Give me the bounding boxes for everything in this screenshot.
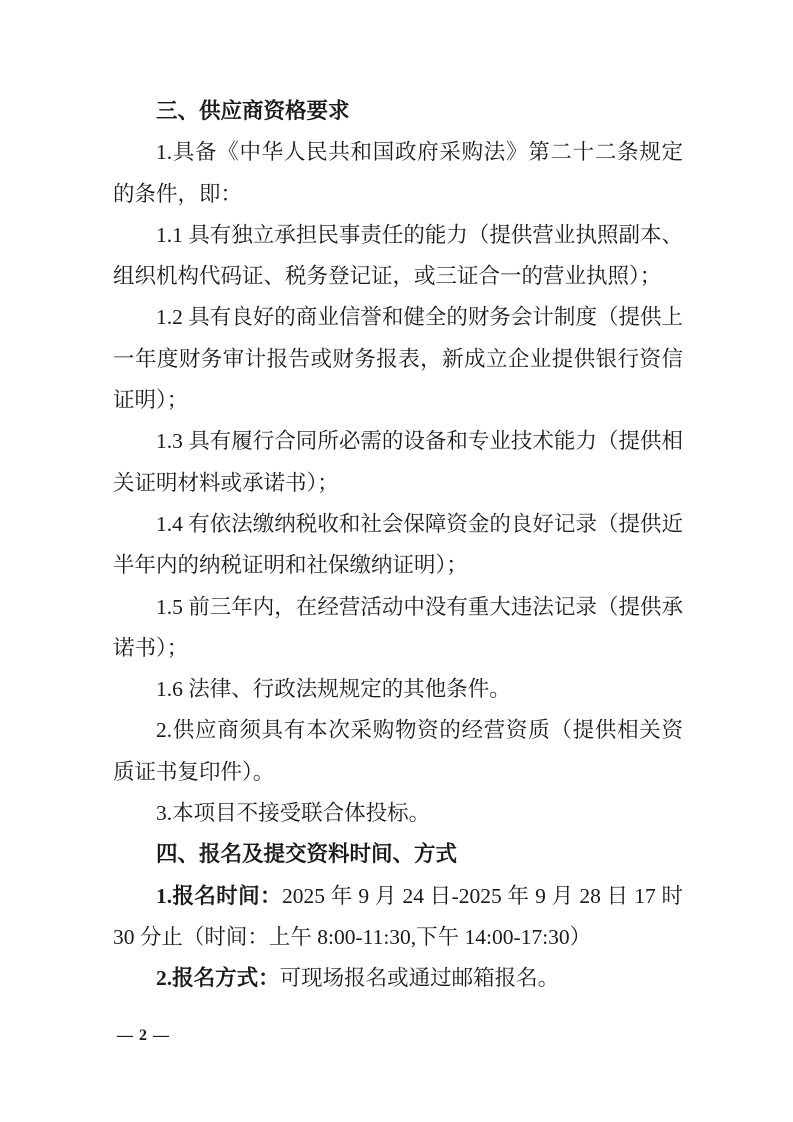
registration-time-label: 1.报名时间： bbox=[156, 884, 282, 908]
document-page: 三、供应商资格要求 1.具备《中华人民共和国政府采购法》第二十二条规定的条件，即… bbox=[0, 0, 793, 1122]
document-content: 三、供应商资格要求 1.具备《中华人民共和国政府采购法》第二十二条规定的条件，即… bbox=[113, 91, 683, 1000]
registration-time-item: 1.报名时间：2025 年 9 月 24 日-2025 年 9 月 28 日 1… bbox=[113, 876, 683, 959]
clause-1-6: 1.6 法律、行政法规规定的其他条件。 bbox=[113, 669, 683, 710]
clause-3: 3.本项目不接受联合体投标。 bbox=[113, 793, 683, 834]
section-heading-supplier-qualifications: 三、供应商资格要求 bbox=[113, 91, 683, 132]
registration-method-label: 2.报名方式： bbox=[156, 966, 280, 990]
footer-page-number: — 2 — bbox=[117, 1026, 170, 1046]
clause-1-3: 1.3 具有履行合同所必需的设备和专业技术能力（提供相关证明材料或承诺书）； bbox=[113, 421, 683, 504]
clause-1: 1.具备《中华人民共和国政府采购法》第二十二条规定的条件，即： bbox=[113, 132, 683, 215]
section-heading-registration: 四、报名及提交资料时间、方式 bbox=[113, 834, 683, 875]
clause-1-1: 1.1 具有独立承担民事责任的能力（提供营业执照副本、组织机构代码证、税务登记证… bbox=[113, 215, 683, 298]
clause-1-5: 1.5 前三年内，在经营活动中没有重大违法记录（提供承诺书）； bbox=[113, 587, 683, 670]
registration-method-value: 可现场报名或通过邮箱报名。 bbox=[280, 966, 560, 990]
clause-2: 2.供应商须具有本次采购物资的经营资质（提供相关资质证书复印件）。 bbox=[113, 710, 683, 793]
registration-method-item: 2.报名方式：可现场报名或通过邮箱报名。 bbox=[113, 958, 683, 999]
clause-1-2: 1.2 具有良好的商业信誉和健全的财务会计制度（提供上一年度财务审计报告或财务报… bbox=[113, 297, 683, 421]
clause-1-4: 1.4 有依法缴纳税收和社会保障资金的良好记录（提供近半年内的纳税证明和社保缴纳… bbox=[113, 504, 683, 587]
